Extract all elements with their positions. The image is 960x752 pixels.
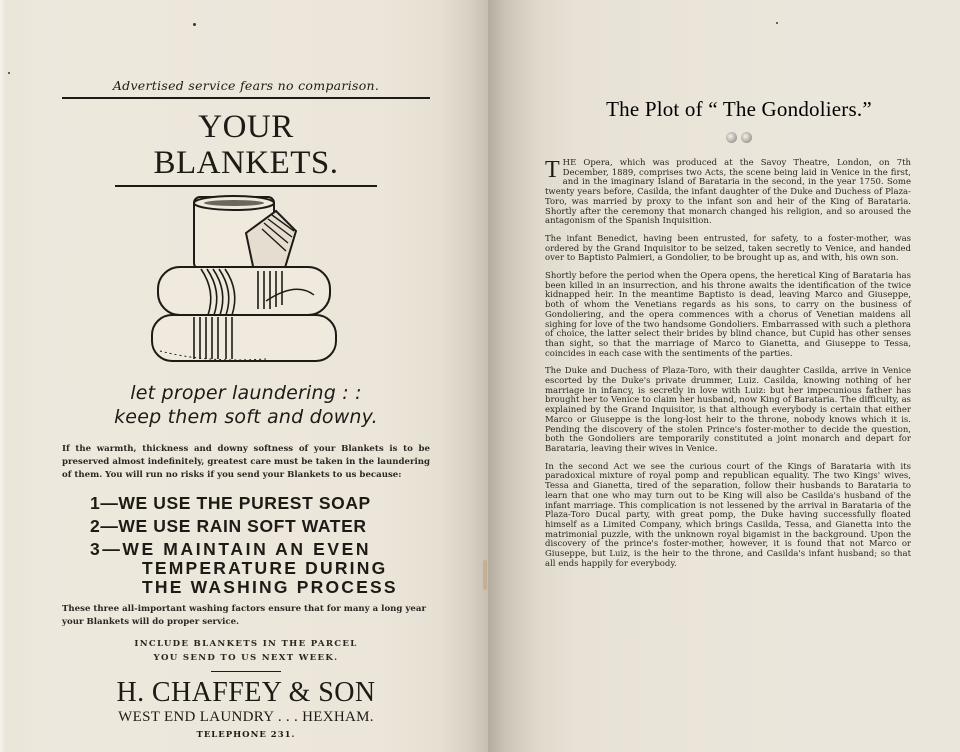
article-paragraph: THE Opera, which was produced at the Sav… bbox=[545, 159, 911, 227]
slogan-line-2: keep them soft and downy. bbox=[62, 405, 430, 429]
ad-closing-paragraph: These three all-important washing factor… bbox=[62, 603, 430, 629]
ad-slogan: let proper laundering : : keep them soft… bbox=[62, 381, 430, 429]
article-body: THE Opera, which was produced at the Sav… bbox=[545, 159, 911, 569]
gutter-stain bbox=[483, 560, 487, 590]
article-title: The Plot of “ The Gondoliers.” bbox=[567, 96, 911, 122]
benefit-line: THE WASHING PROCESS bbox=[90, 578, 430, 597]
company-address: WEST END LAUNDRY . . . HEXHAM. bbox=[62, 708, 430, 726]
company-name: H. CHAFFEY & SON bbox=[62, 678, 430, 708]
divider-rule bbox=[211, 671, 281, 672]
left-page-advertisement: Advertised service fears no comparison. … bbox=[0, 0, 488, 752]
benefit-line: 3—WE MAINTAIN AN EVEN bbox=[90, 539, 371, 559]
benefit-item: 1—WE USE THE PUREST SOAP bbox=[90, 494, 430, 513]
advertisement-block: Advertised service fears no comparison. … bbox=[62, 78, 430, 740]
company-telephone: TELEPHONE 231. bbox=[62, 730, 430, 740]
ad-intro-paragraph: If the warmth, thickness and downy softn… bbox=[62, 443, 430, 482]
cta-line-2: YOU SEND TO US NEXT WEEK. bbox=[62, 651, 430, 665]
benefit-item: 2—WE USE RAIN SOFT WATER bbox=[90, 517, 430, 536]
article-block: The Plot of “ The Gondoliers.” THE Opera… bbox=[545, 96, 911, 577]
booklet-spread: Advertised service fears no comparison. … bbox=[0, 0, 960, 752]
article-paragraph: In the second Act we see the curious cou… bbox=[545, 463, 911, 570]
paragraph-text: HE Opera, which was produced at the Savo… bbox=[545, 158, 911, 226]
paper-speck bbox=[193, 23, 196, 26]
paper-speck bbox=[8, 72, 10, 74]
ad-headline: YOUR BLANKETS. bbox=[115, 109, 377, 187]
article-paragraph: The infant Benedict, having been entrust… bbox=[545, 235, 911, 264]
article-paragraph: The Duke and Duchess of Plaza-Toro, with… bbox=[545, 367, 911, 454]
ad-tagline: Advertised service fears no comparison. bbox=[62, 78, 430, 99]
slogan-line-1: let proper laundering : : bbox=[62, 381, 430, 405]
paper-speck bbox=[776, 22, 778, 24]
article-paragraph: Shortly before the period when the Opera… bbox=[545, 272, 911, 359]
two-dot-ornament-icon bbox=[567, 132, 911, 143]
benefit-item: 3—WE MAINTAIN AN EVEN TEMPERATURE DURING… bbox=[90, 540, 430, 597]
cta-line-1: INCLUDE BLANKETS IN THE PARCEL bbox=[62, 637, 430, 651]
benefit-line: TEMPERATURE DURING bbox=[90, 559, 430, 578]
ad-call-to-action: INCLUDE BLANKETS IN THE PARCEL YOU SEND … bbox=[62, 637, 430, 665]
benefits-list: 1—WE USE THE PUREST SOAP 2—WE USE RAIN S… bbox=[62, 494, 430, 597]
drop-cap: T bbox=[545, 160, 560, 180]
folded-blankets-illustration bbox=[146, 191, 346, 371]
